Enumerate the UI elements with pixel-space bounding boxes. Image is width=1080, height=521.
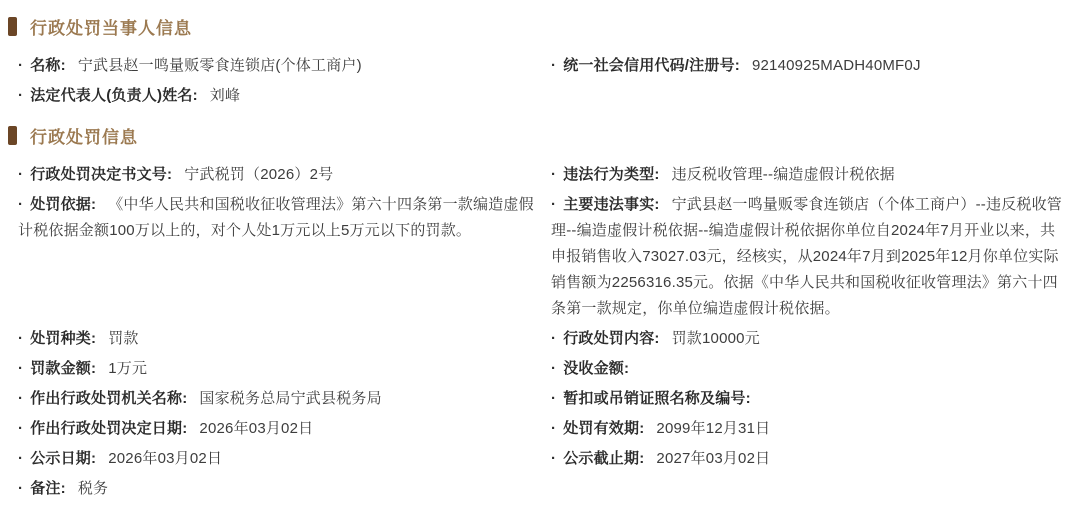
field-value: 1万元 bbox=[108, 360, 147, 377]
field-fine-amount: ·罚款金额:1万元 bbox=[18, 356, 535, 382]
field-label: 统一社会信用代码/注册号: bbox=[563, 57, 740, 74]
field-penalty-basis: ·处罚依据:《中华人民共和国税收征收管理法》第六十四条第一款编造虚假计税依据金额… bbox=[18, 192, 535, 244]
field-main-illegal-facts: ·主要违法事实:宁武县赵一鸣量贩零食连锁店（个体工商户）--违反税收管理--编造… bbox=[551, 192, 1068, 322]
field-label: 主要违法事实: bbox=[563, 196, 659, 213]
section-party-info: 行政处罚当事人信息 ·名称:宁武县赵一鸣量贩零食连锁店(个体工商户) ·统一社会… bbox=[8, 14, 1068, 109]
field-value: 2026年03月02日 bbox=[108, 450, 222, 467]
field-decision-date: ·作出行政处罚决定日期:2026年03月02日 bbox=[18, 416, 535, 442]
field-remarks: ·备注:税务 bbox=[18, 476, 535, 502]
field-value: 宁武县赵一鸣量贩零食连锁店（个体工商户）--违反税收管理--编造虚假计税依据--… bbox=[551, 196, 1062, 317]
field-row: ·处罚依据:《中华人民共和国税收征收管理法》第六十四条第一款编造虚假计税依据金额… bbox=[18, 192, 1068, 322]
bullet-icon: · bbox=[18, 166, 23, 183]
field-value: 违反税收管理--编造虚假计税依据 bbox=[672, 166, 895, 183]
bullet-icon: · bbox=[18, 390, 23, 407]
field-row: ·作出行政处罚机关名称:国家税务总局宁武县税务局 ·暂扣或吊销证照名称及编号: bbox=[18, 386, 1068, 412]
field-label: 名称: bbox=[30, 57, 66, 74]
field-credit-code: ·统一社会信用代码/注册号:92140925MADH40MF0J bbox=[551, 53, 1068, 79]
field-penalty-content: ·行政处罚内容:罚款10000元 bbox=[551, 326, 1068, 352]
field-label: 法定代表人(负责人)姓名: bbox=[30, 87, 198, 104]
field-label: 公示日期: bbox=[30, 450, 96, 467]
field-legal-representative: ·法定代表人(负责人)姓名:刘峰 bbox=[18, 83, 535, 109]
bullet-icon: · bbox=[18, 87, 23, 104]
section-header: 行政处罚信息 bbox=[8, 123, 1068, 148]
field-label: 没收金额: bbox=[563, 360, 629, 377]
field-value: 92140925MADH40MF0J bbox=[752, 57, 921, 74]
field-value: 宁武税罚（2026）2号 bbox=[184, 166, 333, 183]
section-title: 行政处罚当事人信息 bbox=[30, 14, 192, 39]
field-publication-date: ·公示日期:2026年03月02日 bbox=[18, 446, 535, 472]
field-value: 罚款 bbox=[108, 330, 138, 347]
field-value: 2026年03月02日 bbox=[199, 420, 313, 437]
field-row: ·名称:宁武县赵一鸣量贩零食连锁店(个体工商户) ·统一社会信用代码/注册号:9… bbox=[18, 53, 1068, 79]
field-violation-type: ·违法行为类型:违反税收管理--编造虚假计税依据 bbox=[551, 162, 1068, 188]
bullet-icon: · bbox=[551, 360, 556, 377]
field-value: 2099年12月31日 bbox=[656, 420, 770, 437]
section-penalty-info: 行政处罚信息 ·行政处罚决定书文号:宁武税罚（2026）2号 ·违法行为类型:违… bbox=[8, 123, 1068, 502]
field-label: 行政处罚决定书文号: bbox=[30, 166, 172, 183]
field-value: 2027年03月02日 bbox=[656, 450, 770, 467]
bullet-icon: · bbox=[551, 330, 556, 347]
field-label: 处罚种类: bbox=[30, 330, 96, 347]
section-header: 行政处罚当事人信息 bbox=[8, 14, 1068, 39]
field-label: 违法行为类型: bbox=[563, 166, 659, 183]
bullet-icon: · bbox=[551, 196, 556, 213]
bullet-icon: · bbox=[551, 390, 556, 407]
field-row: ·处罚种类:罚款 ·行政处罚内容:罚款10000元 bbox=[18, 326, 1068, 352]
field-row: ·作出行政处罚决定日期:2026年03月02日 ·处罚有效期:2099年12月3… bbox=[18, 416, 1068, 442]
bullet-icon: · bbox=[551, 420, 556, 437]
section-marker-icon bbox=[8, 17, 17, 36]
field-value: 刘峰 bbox=[210, 87, 240, 104]
field-label: 公示截止期: bbox=[563, 450, 644, 467]
field-row: ·备注:税务 bbox=[18, 476, 1068, 502]
field-row: ·行政处罚决定书文号:宁武税罚（2026）2号 ·违法行为类型:违反税收管理--… bbox=[18, 162, 1068, 188]
field-label: 处罚依据: bbox=[30, 196, 96, 213]
bullet-icon: · bbox=[551, 450, 556, 467]
field-row: ·罚款金额:1万元 ·没收金额: bbox=[18, 356, 1068, 382]
field-label: 作出行政处罚机关名称: bbox=[30, 390, 187, 407]
field-name: ·名称:宁武县赵一鸣量贩零食连锁店(个体工商户) bbox=[18, 53, 535, 79]
field-decision-number: ·行政处罚决定书文号:宁武税罚（2026）2号 bbox=[18, 162, 535, 188]
field-label: 作出行政处罚决定日期: bbox=[30, 420, 187, 437]
field-license-suspension: ·暂扣或吊销证照名称及编号: bbox=[551, 386, 1068, 412]
field-row: ·法定代表人(负责人)姓名:刘峰 bbox=[18, 83, 1068, 109]
field-label: 行政处罚内容: bbox=[563, 330, 659, 347]
bullet-icon: · bbox=[551, 57, 556, 74]
field-value: 国家税务总局宁武县税务局 bbox=[199, 390, 381, 407]
bullet-icon: · bbox=[18, 330, 23, 347]
bullet-icon: · bbox=[18, 57, 23, 74]
bullet-icon: · bbox=[18, 450, 23, 467]
field-validity-period: ·处罚有效期:2099年12月31日 bbox=[551, 416, 1068, 442]
field-penalty-category: ·处罚种类:罚款 bbox=[18, 326, 535, 352]
bullet-icon: · bbox=[18, 480, 23, 497]
field-row: ·公示日期:2026年03月02日 ·公示截止期:2027年03月02日 bbox=[18, 446, 1068, 472]
field-label: 处罚有效期: bbox=[563, 420, 644, 437]
field-issuing-authority: ·作出行政处罚机关名称:国家税务总局宁武县税务局 bbox=[18, 386, 535, 412]
field-label: 罚款金额: bbox=[30, 360, 96, 377]
field-label: 暂扣或吊销证照名称及编号: bbox=[563, 390, 751, 407]
field-value: 税务 bbox=[78, 480, 108, 497]
section-title: 行政处罚信息 bbox=[30, 123, 138, 148]
section-marker-icon bbox=[8, 126, 17, 145]
bullet-icon: · bbox=[18, 420, 23, 437]
bullet-icon: · bbox=[551, 166, 556, 183]
field-confiscation-amount: ·没收金额: bbox=[551, 356, 1068, 382]
field-label: 备注: bbox=[30, 480, 66, 497]
field-value: 罚款10000元 bbox=[672, 330, 760, 347]
bullet-icon: · bbox=[18, 360, 23, 377]
field-value: 宁武县赵一鸣量贩零食连锁店(个体工商户) bbox=[78, 57, 362, 74]
field-publication-deadline: ·公示截止期:2027年03月02日 bbox=[551, 446, 1068, 472]
bullet-icon: · bbox=[18, 196, 23, 213]
